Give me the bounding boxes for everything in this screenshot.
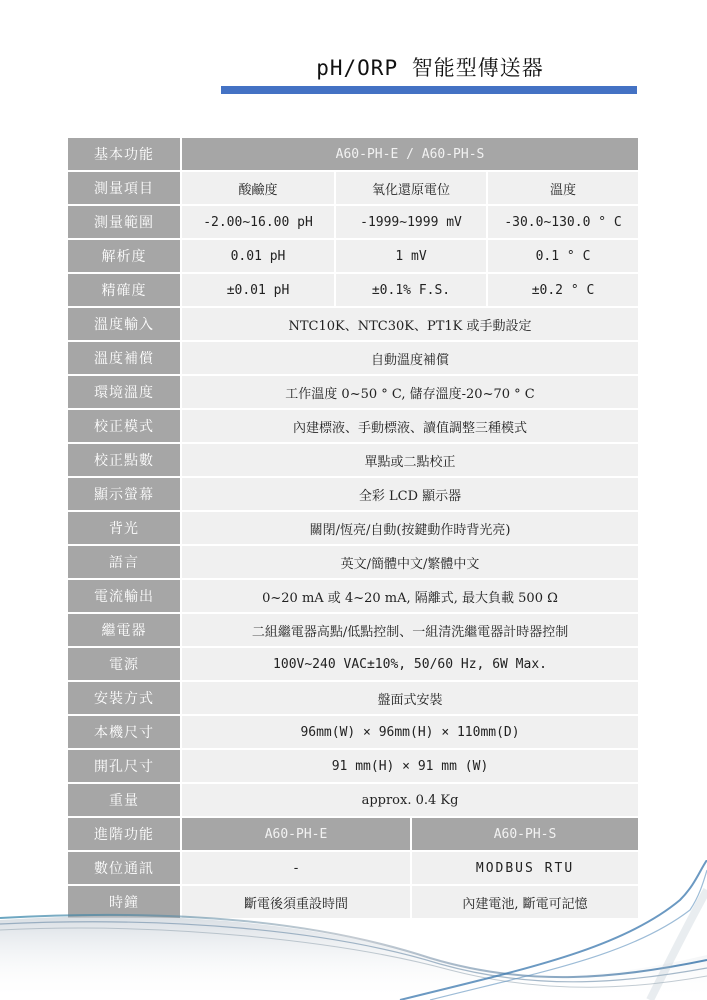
cell-value: 91 mm(H) × 91 mm (W) [182, 750, 640, 784]
row-label: 電源 [68, 648, 182, 682]
spec-table: 基本功能 A60-PH-E / A60-PH-S 測量項目 酸鹼度 氧化還原電位… [68, 138, 640, 920]
cell-value: 酸鹼度 [182, 172, 336, 206]
cell-value: 內建標液、手動標液、讀值調整三種模式 [182, 410, 640, 444]
cell-value: ±0.01 pH [182, 274, 336, 308]
row-label: 重量 [68, 784, 182, 818]
cell-value: -1999~1999 mV [336, 206, 488, 240]
row-label: 繼電器 [68, 614, 182, 648]
row-label: 校正模式 [68, 410, 182, 444]
cell-value: -30.0~130.0 ° C [488, 206, 640, 240]
table-row: 校正模式內建標液、手動標液、讀值調整三種模式 [68, 410, 640, 444]
row-label: 電流輸出 [68, 580, 182, 614]
table-row: 電源100V~240 VAC±10%, 50/60 Hz, 6W Max. [68, 648, 640, 682]
cell-value: -2.00~16.00 pH [182, 206, 336, 240]
table-row: 繼電器二組繼電器高點/低點控制、一組清洗繼電器計時器控制 [68, 614, 640, 648]
row-label: 安裝方式 [68, 682, 182, 716]
table-row: 顯示螢幕全彩 LCD 顯示器 [68, 478, 640, 512]
row-label: 測量範圍 [68, 206, 182, 240]
cell-value: 關閉/恆亮/自動(按鍵動作時背光亮) [182, 512, 640, 546]
cell-value: 1 mV [336, 240, 488, 274]
cell-value: 單點或二點校正 [182, 444, 640, 478]
cell-value: 0.01 pH [182, 240, 336, 274]
cell-value: 氧化還原電位 [336, 172, 488, 206]
table-row: 重量approx. 0.4 Kg [68, 784, 640, 818]
table-row: 溫度輸入NTC10K、NTC30K、PT1K 或手動設定 [68, 308, 640, 342]
cell-value: 自動溫度補償 [182, 342, 640, 376]
table-header-basic: 基本功能 A60-PH-E / A60-PH-S [68, 138, 640, 172]
table-row: 解析度 0.01 pH 1 mV 0.1 ° C [68, 240, 640, 274]
cell-value: 工作溫度 0~50 ° C, 儲存溫度-20~70 ° C [182, 376, 640, 410]
row-label: 背光 [68, 512, 182, 546]
cell-value: 盤面式安裝 [182, 682, 640, 716]
cell-value: 英文/簡體中文/繁體中文 [182, 546, 640, 580]
table-row: 校正點數單點或二點校正 [68, 444, 640, 478]
title-underline [221, 86, 637, 94]
cell-value: 0~20 mA 或 4~20 mA, 隔離式, 最大負載 500 Ω [182, 580, 640, 614]
table-row: 安裝方式盤面式安裝 [68, 682, 640, 716]
table-row: 語言英文/簡體中文/繁體中文 [68, 546, 640, 580]
row-label: 語言 [68, 546, 182, 580]
cell-value: 0.1 ° C [488, 240, 640, 274]
model-header: A60-PH-E / A60-PH-S [182, 138, 640, 172]
cell-value: ±0.1% F.S. [336, 274, 488, 308]
table-row: 精確度 ±0.01 pH ±0.1% F.S. ±0.2 ° C [68, 274, 640, 308]
model-header-s: A60-PH-S [412, 818, 640, 852]
row-label: 進階功能 [68, 818, 182, 852]
row-label: 開孔尺寸 [68, 750, 182, 784]
row-label: 測量項目 [68, 172, 182, 206]
cell-value: 溫度 [488, 172, 640, 206]
table-row: 電流輸出0~20 mA 或 4~20 mA, 隔離式, 最大負載 500 Ω [68, 580, 640, 614]
cell-value: 二組繼電器高點/低點控制、一組清洗繼電器計時器控制 [182, 614, 640, 648]
table-row: 溫度補償自動溫度補償 [68, 342, 640, 376]
decorative-wave-graphic [0, 860, 707, 1000]
row-label: 精確度 [68, 274, 182, 308]
cell-value: 96mm(W) × 96mm(H) × 110mm(D) [182, 716, 640, 750]
row-label: 基本功能 [68, 138, 182, 172]
table-header-advanced: 進階功能 A60-PH-E A60-PH-S [68, 818, 640, 852]
table-row: 開孔尺寸91 mm(H) × 91 mm (W) [68, 750, 640, 784]
cell-value: approx. 0.4 Kg [182, 784, 640, 818]
model-header-e: A60-PH-E [182, 818, 412, 852]
row-label: 顯示螢幕 [68, 478, 182, 512]
table-row: 測量範圍 -2.00~16.00 pH -1999~1999 mV -30.0~… [68, 206, 640, 240]
page-title: pH/ORP 智能型傳送器 [220, 52, 640, 82]
row-label: 溫度補償 [68, 342, 182, 376]
row-label: 環境溫度 [68, 376, 182, 410]
row-label: 校正點數 [68, 444, 182, 478]
table-row: 環境溫度工作溫度 0~50 ° C, 儲存溫度-20~70 ° C [68, 376, 640, 410]
row-label: 本機尺寸 [68, 716, 182, 750]
table-row: 背光關閉/恆亮/自動(按鍵動作時背光亮) [68, 512, 640, 546]
table-row: 測量項目 酸鹼度 氧化還原電位 溫度 [68, 172, 640, 206]
cell-value: 100V~240 VAC±10%, 50/60 Hz, 6W Max. [182, 648, 640, 682]
row-label: 解析度 [68, 240, 182, 274]
table-row: 本機尺寸96mm(W) × 96mm(H) × 110mm(D) [68, 716, 640, 750]
row-label: 溫度輸入 [68, 308, 182, 342]
cell-value: ±0.2 ° C [488, 274, 640, 308]
cell-value: 全彩 LCD 顯示器 [182, 478, 640, 512]
cell-value: NTC10K、NTC30K、PT1K 或手動設定 [182, 308, 640, 342]
